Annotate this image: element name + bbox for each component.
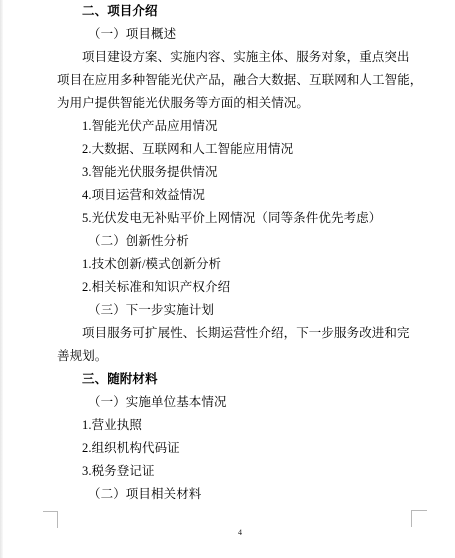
list-item: 3.智能光伏服务提供情况 bbox=[57, 161, 413, 184]
text-boundary-corner-mark-bottom-right bbox=[411, 510, 427, 527]
page-left-edge bbox=[0, 0, 3, 558]
list-item: 3.税务登记证 bbox=[57, 460, 413, 483]
subsection-heading: （二）创新性分析 bbox=[57, 230, 413, 253]
list-item: 5.光伏发电无补贴平价上网情况（同等条件优先考虑） bbox=[57, 207, 413, 230]
paragraph-line: 项目建设方案、实施内容、实施主体、服务对象，重点突出 bbox=[57, 46, 413, 69]
subsection-heading: （一）项目概述 bbox=[57, 23, 413, 46]
list-item: 2.相关标准和知识产权介绍 bbox=[57, 276, 413, 299]
list-item: 2.组织机构代码证 bbox=[57, 437, 413, 460]
paragraph-line: 项目在应用多种智能光伏产品，融合大数据、互联网和人工智能， bbox=[57, 69, 413, 92]
paragraph-line: 为用户提供智能光伏服务等方面的相关情况。 bbox=[57, 92, 413, 115]
section-heading: 三、随附材料 bbox=[57, 368, 413, 391]
list-item: 1.智能光伏产品应用情况 bbox=[57, 115, 413, 138]
subsection-heading: （二）项目相关材料 bbox=[57, 483, 413, 506]
page-number: 4 bbox=[231, 528, 249, 538]
subsection-heading: （一）实施单位基本情况 bbox=[57, 391, 413, 414]
paragraph-line: 善规划。 bbox=[57, 345, 413, 368]
text-boundary-corner-mark-bottom-left bbox=[43, 511, 58, 528]
list-item: 2.大数据、互联网和人工智能应用情况 bbox=[57, 138, 413, 161]
subsection-heading: （三）下一步实施计划 bbox=[57, 299, 413, 322]
list-item: 4.项目运营和效益情况 bbox=[57, 184, 413, 207]
section-heading: 二、项目介绍 bbox=[57, 0, 413, 23]
list-item: 1.技术创新/模式创新分析 bbox=[57, 253, 413, 276]
document-page[interactable]: 二、项目介绍 （一）项目概述 项目建设方案、实施内容、实施主体、服务对象，重点突… bbox=[0, 0, 455, 558]
paragraph-line: 项目服务可扩展性、长期运营性介绍，下一步服务改进和完 bbox=[57, 322, 413, 345]
document-text-area: 二、项目介绍 （一）项目概述 项目建设方案、实施内容、实施主体、服务对象，重点突… bbox=[57, 0, 413, 506]
list-item: 1.营业执照 bbox=[57, 414, 413, 437]
